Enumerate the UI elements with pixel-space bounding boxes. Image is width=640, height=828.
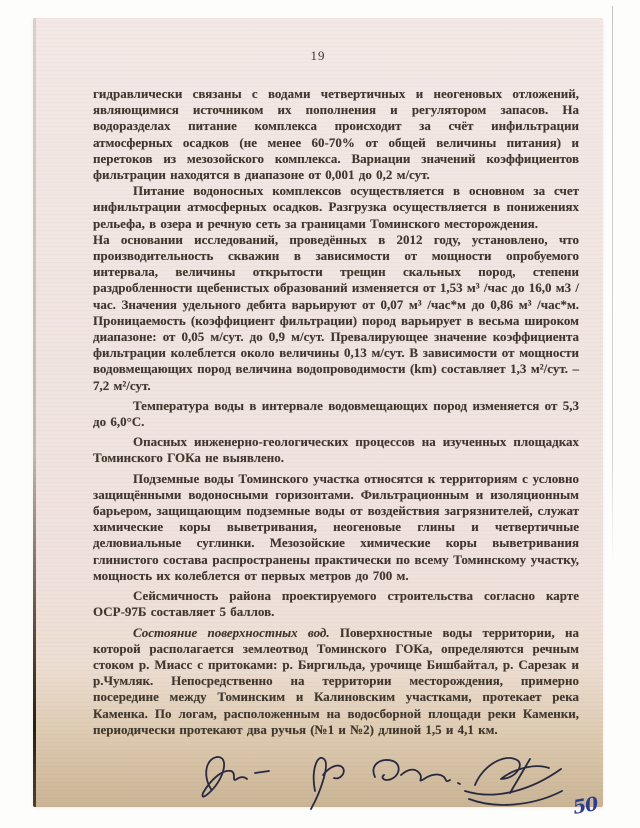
signatures-group [153, 733, 573, 818]
paragraph: Питание водоносных комплексов осуществля… [93, 183, 579, 232]
paragraph: Состояние поверхностных вод. Поверхностн… [93, 625, 579, 738]
paragraph: Сейсмичность района проектируемого строи… [93, 588, 579, 620]
handwritten-page-count: 50 [571, 793, 599, 819]
document-body: гидравлически связаны с водами четвертич… [93, 86, 579, 738]
paragraph: На основании исследований, проведённых в… [93, 232, 579, 394]
paragraph: Подземные воды Томинского участка относя… [93, 471, 579, 584]
scan-artifact-line [612, 6, 613, 566]
signature-1-icon [202, 757, 269, 797]
document-page: 19 гидравлически связаны с водами четвер… [33, 18, 603, 807]
paragraph: Температура воды в интервале водовмещающ… [93, 398, 579, 430]
signature-2-icon [311, 758, 344, 809]
paragraph-lead-italic: Состояние поверхностных вод. [133, 625, 340, 640]
page-edge-shadow [33, 18, 36, 807]
signature-4-icon [465, 758, 562, 805]
page-number: 19 [33, 48, 603, 64]
paragraph: Опасных инженерно-геологических процессо… [93, 434, 579, 466]
signature-3-icon [373, 760, 460, 784]
paragraph: гидравлически связаны с водами четвертич… [93, 86, 579, 183]
